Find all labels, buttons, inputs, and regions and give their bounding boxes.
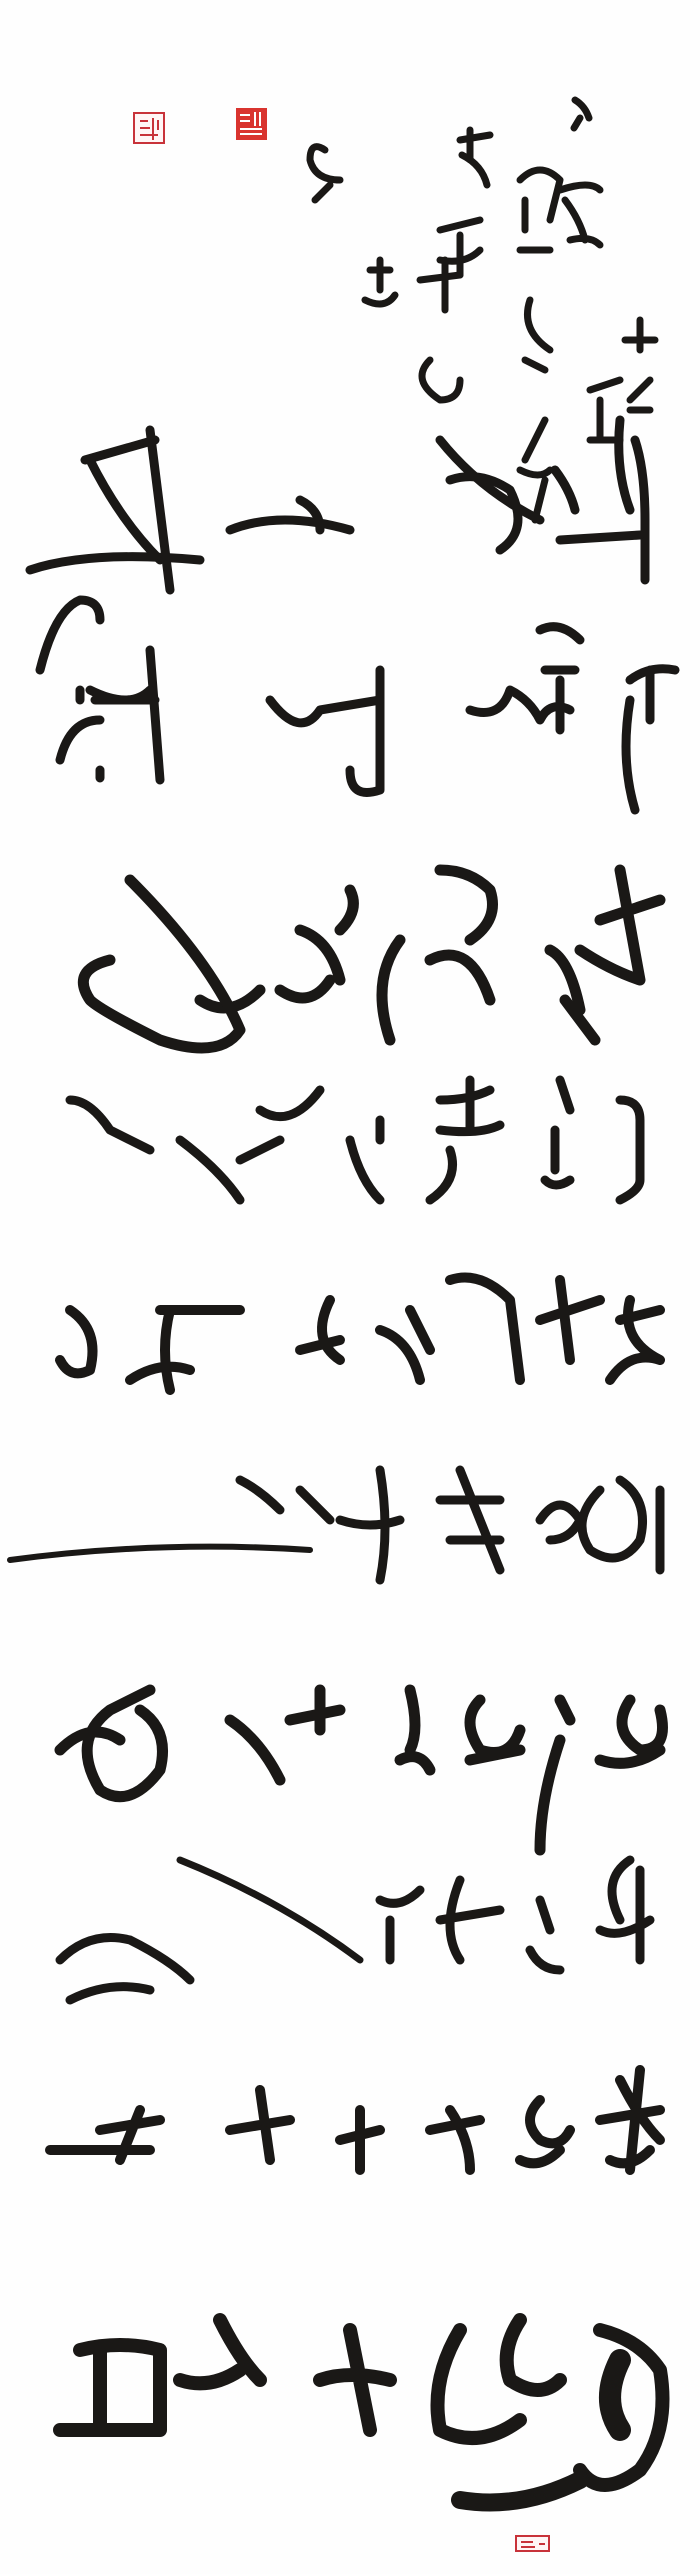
character-row-8 — [60, 1860, 650, 2000]
character-row-6 — [10, 1470, 660, 1580]
character-row-10 — [60, 2320, 663, 2503]
character-row-5 — [60, 1278, 660, 1391]
character-row-3 — [83, 870, 660, 1048]
character-row-4 — [70, 1080, 640, 1200]
character-row-2 — [60, 627, 675, 810]
inscription-block — [310, 100, 655, 520]
calligraphy-scroll — [0, 0, 700, 2574]
character-row-1 — [30, 420, 645, 700]
character-row-7 — [60, 1690, 663, 1850]
character-row-9 — [50, 2070, 660, 2170]
calligraphy-ink — [0, 0, 700, 2574]
